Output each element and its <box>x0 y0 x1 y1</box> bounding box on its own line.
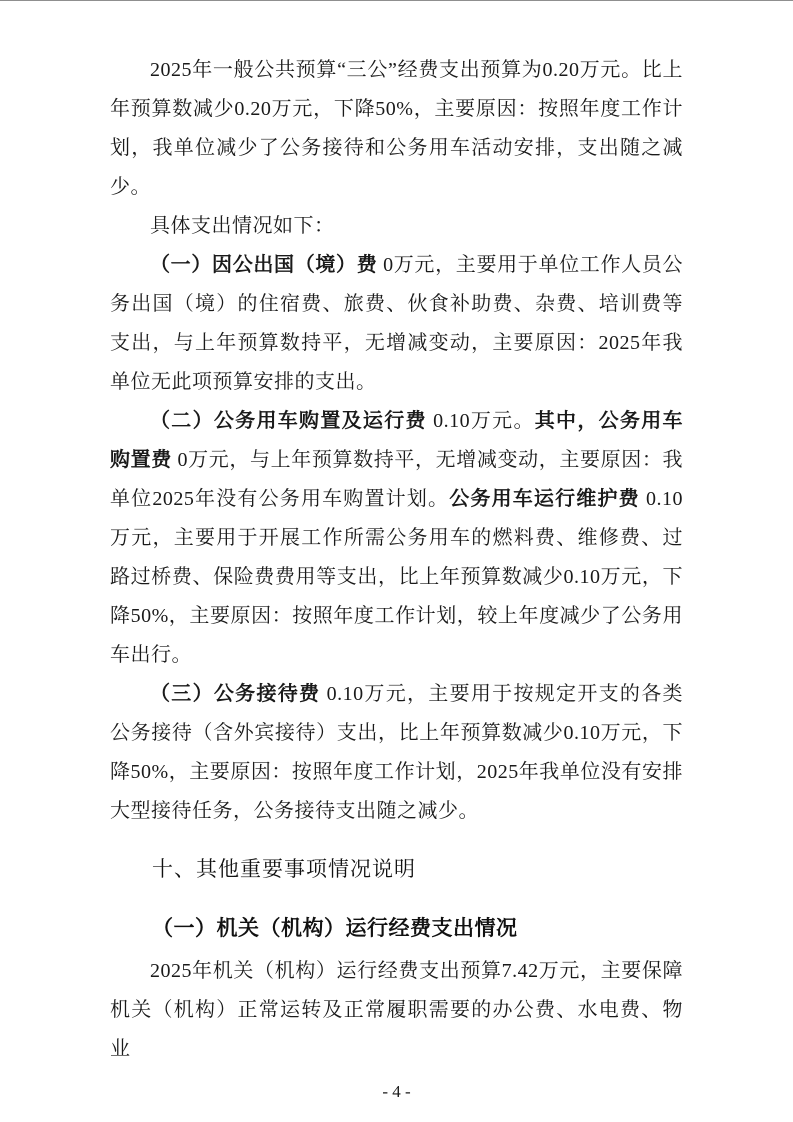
para-vehicle-label: （二）公务用车购置及运行费 <box>150 410 427 432</box>
para-reception-label: （三）公务接待费 <box>150 683 320 705</box>
para-vehicle-expense: （二）公务用车购置及运行费 0.10万元。其中，公务用车购置费 0万元，与上年预… <box>110 402 683 675</box>
para-reception-expense: （三）公务接待费 0.10万元，主要用于按规定开支的各类公务接待（含外宾接待）支… <box>110 675 683 831</box>
para-vehicle-body3: 0.10万元，主要用于开展工作所需公务用车的燃料费、维修费、过路过桥费、保险费费… <box>110 488 683 666</box>
para-three-public-summary: 2025年一般公共预算“三公”经费支出预算为0.20万元。比上年预算数减少0.2… <box>110 51 683 207</box>
para-abroad-expense: （一）因公出国（境）费 0万元，主要用于单位工作人员公务出国（境）的住宿费、旅费… <box>110 246 683 402</box>
page-number: - 4 - <box>0 1082 793 1102</box>
document-page: 2025年一般公共预算“三公”经费支出预算为0.20万元。比上年预算数减少0.2… <box>0 0 793 1122</box>
heading-other-important-items: 十、其他重要事项情况说明 <box>110 850 683 889</box>
para-operating-expense: 2025年机关（机构）运行经费支出预算7.42万元，主要保障机关（机构）正常运转… <box>110 952 683 1069</box>
para-abroad-label: （一）因公出国（境）费 <box>150 254 377 276</box>
para-detail-intro: 具体支出情况如下： <box>110 207 683 246</box>
para-vehicle-body1: 0.10万元。 <box>427 410 535 432</box>
para-vehicle-maintenance-label: 公务用车运行维护费 <box>449 488 640 510</box>
heading-operating-expense: （一）机关（机构）运行经费支出情况 <box>110 909 683 948</box>
